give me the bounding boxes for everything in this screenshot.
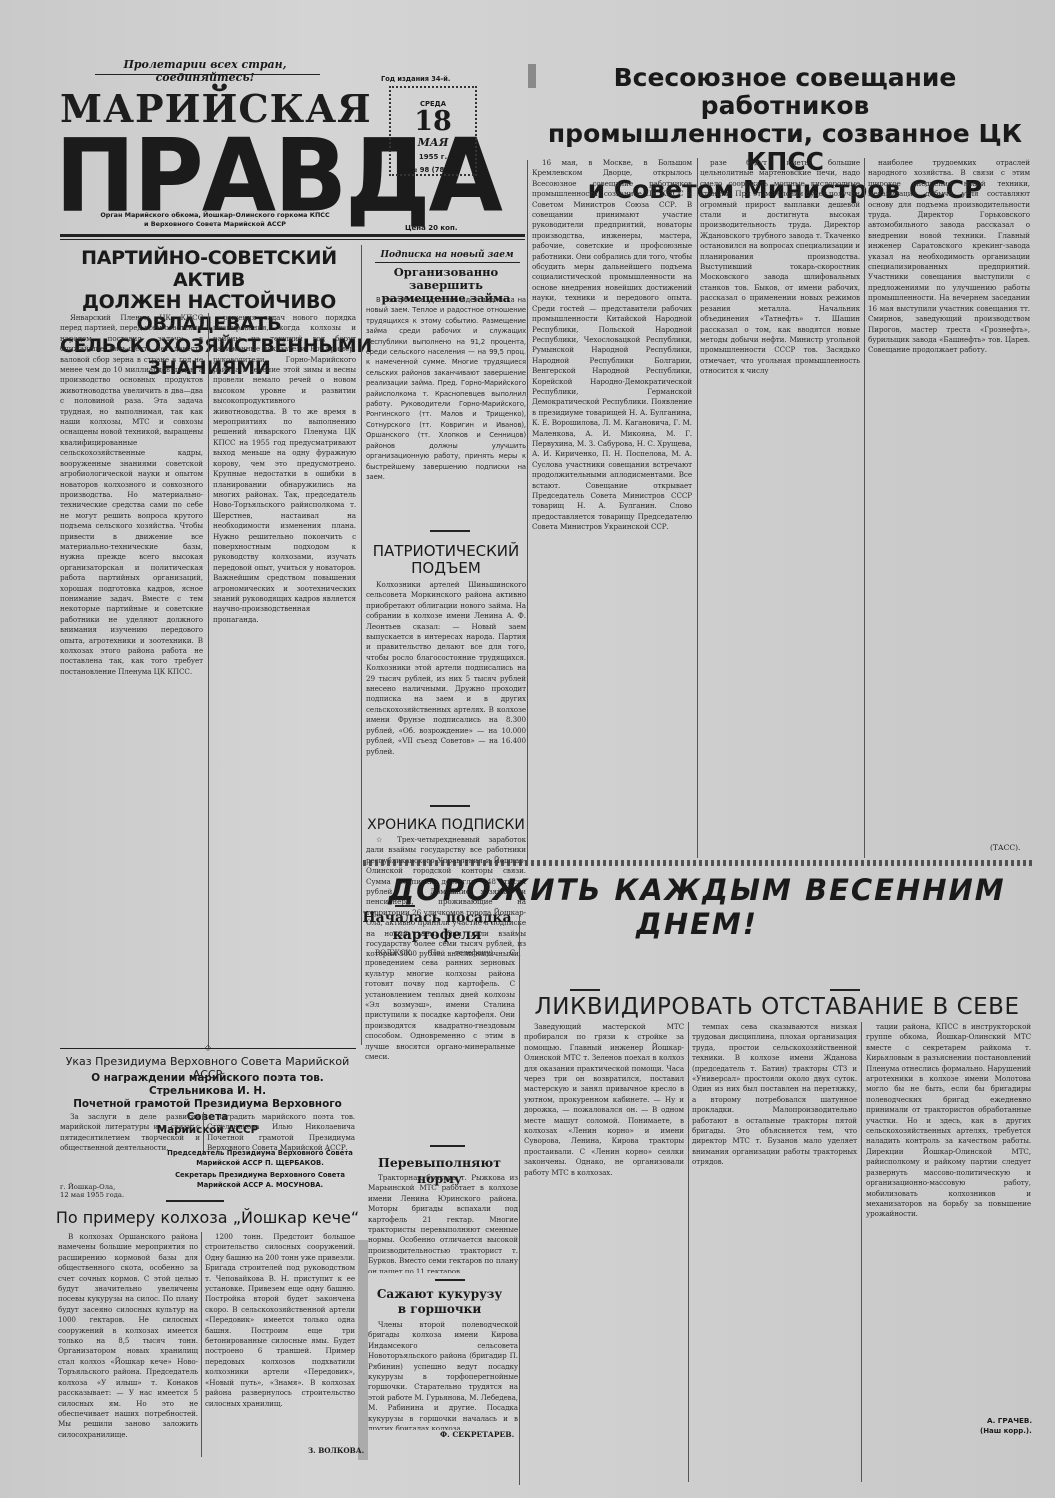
lead-column-1: Январский Пленум ЦК КПСС перед партией, … — [60, 313, 203, 1048]
sowing-column-2: темпах сева сказываются низкая трудовая … — [692, 1022, 857, 1482]
sowing-col3-text: тации района, КПСС в инструкторской груп… — [866, 1022, 1031, 1220]
column-divider — [201, 1232, 202, 1457]
column-divider — [864, 158, 865, 858]
masthead-subtitle: Орган Марийского обкома, Йошкар-Олинског… — [70, 211, 360, 229]
year: 1955 г. — [391, 153, 475, 161]
subtitle-line-1: Орган Марийского обкома, Йошкар-Олинског… — [70, 211, 360, 220]
banner-wavy-rule — [363, 860, 1033, 866]
corn-headline-line-2: в горшочки — [362, 1302, 517, 1317]
decree-secretary: Секретарь Президиума Верховного Совета М… — [160, 1170, 360, 1190]
sowing-column-1: Заведующий мастерской МТС пробирался по … — [524, 1022, 684, 1482]
scan-artifact — [528, 64, 536, 88]
sowing-column-3: тации района, КПСС в инструкторской груп… — [866, 1022, 1031, 1414]
edition-year: Год издания 34-й. — [381, 75, 450, 83]
conference-headline-line-1: Всесоюзное совещание работников — [540, 64, 1030, 120]
lead-column-2: решения задач нового порядка планировани… — [213, 313, 356, 1048]
patriotic-headline-line-2: ПОДЪЕМ — [366, 560, 526, 577]
corn-text: Члены второй полеводческой бригады колхо… — [368, 1320, 518, 1430]
section-rule — [430, 530, 470, 532]
price: Цена 20 коп. — [405, 224, 457, 232]
section-rule — [435, 1279, 465, 1281]
sowing-col2-text: темпах сева сказываются низкая трудовая … — [692, 1022, 857, 1168]
newspaper-page: Пролетарии всех стран, соединяйтесь! МАР… — [0, 0, 1055, 1498]
kolkhoz-col1-text: В колхозах Оршанского района намечены бо… — [58, 1232, 198, 1440]
loan-text: В республике успешно идет подписка на но… — [366, 295, 526, 503]
slogan-underline — [95, 74, 320, 75]
lead-headline-line-1: ПАРТИЙНО-СОВЕТСКИЙ АКТИВ — [60, 247, 358, 291]
sowing-signature-note: (Наш корр.). — [980, 1427, 1032, 1435]
lead-col1-text: Январский Пленум ЦК КПСС перед партией, … — [60, 313, 203, 677]
patriotic-headline: ПАТРИОТИЧЕСКИЙ ПОДЪЕМ — [366, 543, 526, 577]
column-divider — [208, 313, 209, 1048]
kolkhoz-column-1: В колхозах Оршанского района намечены бо… — [58, 1232, 198, 1457]
conference-column-2: разе будут иметь большие цельнолитные ма… — [700, 158, 860, 858]
potato-headline-line-2: картофеля — [362, 927, 512, 944]
overfulfill-text-body: Тракторная бригада т. Рыжкова из Марьинс… — [368, 1173, 518, 1273]
column-divider — [861, 1022, 862, 1482]
column-divider — [527, 160, 528, 860]
section-rule — [430, 805, 470, 807]
potato-headline: Началась посадка картофеля — [362, 910, 512, 944]
masthead-slogan: Пролетарии всех стран, соединяйтесь! — [80, 58, 330, 84]
potato-text-body: ВОЛЖСК. (По телефону). С проведением сев… — [365, 948, 515, 1062]
conference-col1-text: 16 мая, в Москве, в Большом Кремлевском … — [532, 158, 692, 533]
sowing-headline: ЛИКВИДИРОВАТЬ ОТСТАВАНИЕ В СЕВЕ — [522, 994, 1032, 1020]
date-box: СРЕДА 18 МАЯ 1955 г. № 98 (7863) — [389, 86, 477, 176]
issue-number: № 98 (7863) — [391, 166, 475, 174]
section-rule — [166, 1200, 224, 1202]
conference-col3-text: наиболее трудоемких отраслей народного х… — [868, 158, 1030, 356]
conference-col2-text: разе будут иметь большие цельнолитные ма… — [700, 158, 860, 377]
section-rule — [570, 989, 600, 991]
corn-text-body: Члены второй полеводческой бригады колхо… — [368, 1320, 518, 1430]
patriotic-text-body: Колхозники артелей Шиньшинского сельсове… — [366, 580, 526, 757]
chronicle-headline: ХРОНИКА ПОДПИСКИ — [366, 815, 526, 835]
overfulfill-text: Тракторная бригада т. Рыжкова из Марьинс… — [368, 1173, 518, 1273]
section-rule — [395, 905, 415, 907]
conference-column-3: наиболее трудоемких отраслей народного х… — [868, 158, 1030, 846]
column-divider — [688, 1022, 689, 1482]
kolkhoz-col2-text: 1200 тонн. Предстоит большое строительст… — [205, 1232, 355, 1409]
corn-headline-line-1: Сажают кукурузу — [362, 1287, 517, 1302]
month: МАЯ — [391, 136, 475, 149]
decree-date: 12 мая 1955 года. — [60, 1191, 124, 1199]
decree-place: г. Йошкар-Ола, — [60, 1183, 124, 1191]
sowing-signature: А. ГРАЧЕВ. — [987, 1416, 1032, 1425]
patriotic-headline-line-1: ПАТРИОТИЧЕСКИЙ — [366, 543, 526, 560]
section-rule — [830, 989, 860, 991]
kolkhoz-column-2: 1200 тонн. Предстоит большое строительст… — [205, 1232, 355, 1447]
decree-chair: Председатель Президиума Верховного Совет… — [160, 1148, 360, 1168]
potato-text: ВОЛЖСК. (По телефону). С проведением сев… — [365, 948, 515, 1073]
corn-headline: Сажают кукурузу в горшочки — [362, 1287, 517, 1317]
decree-headline-line-1: О награждении марийского поэта тов. Стре… — [55, 1072, 360, 1098]
loan-kicker-rule — [375, 262, 520, 263]
lead-col2-text: решения задач нового порядка планировани… — [213, 313, 356, 625]
loan-kicker: Подписка на новый заем — [368, 250, 526, 260]
loan-text-body: В республике успешно идет подписка на но… — [366, 295, 526, 482]
section-rule — [430, 1145, 465, 1147]
masthead-rule — [60, 234, 525, 237]
day: 18 — [391, 108, 475, 136]
patriotic-text: Колхозники артелей Шиньшинского сельсове… — [366, 580, 526, 795]
kolkhoz-signature: З. ВОЛКОВА. — [308, 1446, 364, 1455]
sowing-col1-text: Заведующий мастерской МТС пробирался по … — [524, 1022, 684, 1178]
conference-column-1: 16 мая, в Москве, в Большом Кремлевском … — [532, 158, 692, 858]
conference-credit: (ТАСС). — [990, 843, 1020, 852]
column-divider — [697, 158, 698, 858]
decree-dateline: г. Йошкар-Ола, 12 мая 1955 года. — [60, 1183, 124, 1199]
kolkhoz-headline: По примеру колхоза „Йошкар кече“ — [55, 1208, 360, 1227]
column-divider — [519, 915, 520, 1485]
scan-artifact — [358, 1240, 368, 1460]
decree-ornament-icon: ◇ — [185, 1045, 231, 1051]
potato-headline-line-1: Началась посадка — [362, 910, 512, 927]
masthead-rule-thin — [60, 239, 525, 240]
corn-signature: Ф. СЕКРЕТАРЕВ. — [440, 1430, 514, 1439]
subtitle-line-2: и Верховного Совета Марийской АССР — [70, 220, 360, 229]
